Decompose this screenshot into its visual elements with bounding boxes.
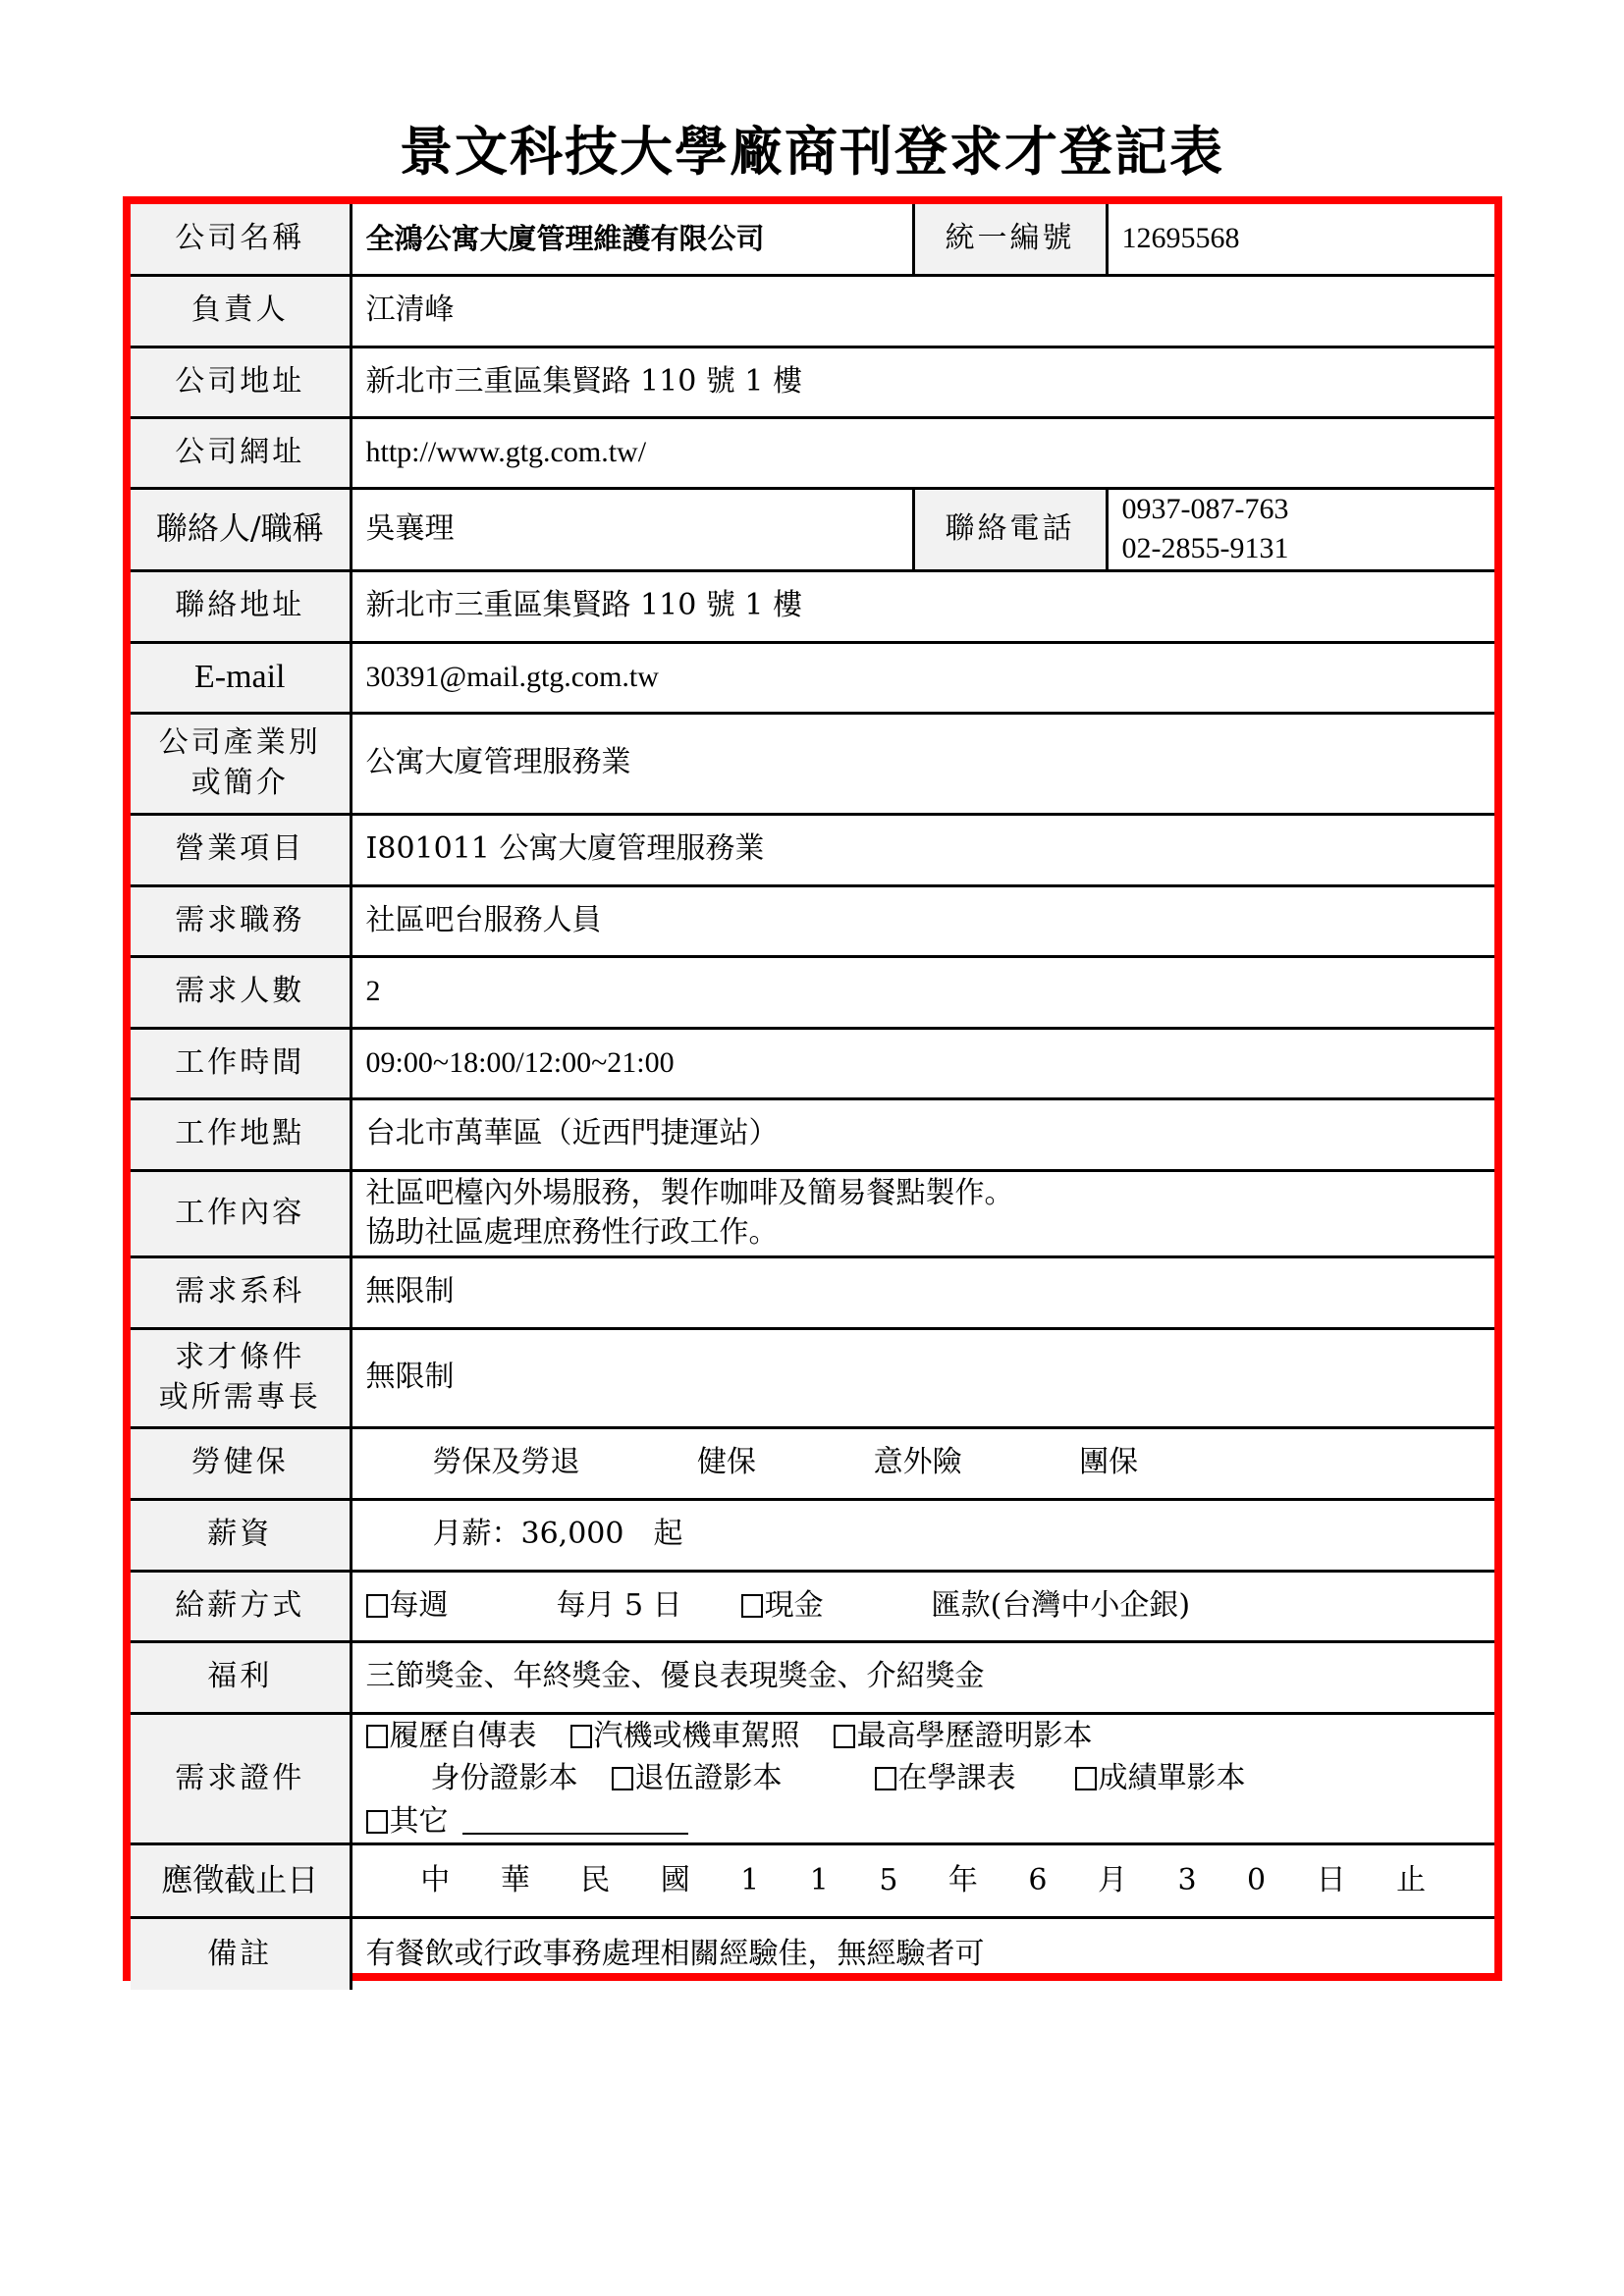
label-website: 公司網址: [131, 417, 351, 488]
form-frame: 公司名稱 全鴻公寓大廈管理維護有限公司 統一編號 12695568 負責人 江清…: [123, 196, 1502, 1981]
position-value: 社區吧台服務人員: [351, 885, 1494, 956]
doc-diploma: 最高學歷證明影本: [857, 1719, 1093, 1753]
row-email: E-mail 30391@mail.gtg.com.tw: [131, 642, 1494, 713]
label-company-name: 公司名稱: [131, 204, 351, 275]
checkbox-other[interactable]: [366, 1810, 388, 1834]
job-content-line1: 社區吧檯內外場服務，製作咖啡及簡易餐點製作。: [366, 1174, 1482, 1214]
label-owner: 負責人: [131, 275, 351, 347]
pay-cash: 現金: [765, 1588, 824, 1623]
company-address-value: 新北市三重區集賢路 110 號 1 樓: [351, 347, 1494, 417]
checkbox-diploma[interactable]: [834, 1725, 855, 1748]
label-email: E-mail: [131, 642, 351, 713]
doc-transcript: 成績單影本: [1099, 1761, 1246, 1795]
deadline-part: 止: [1396, 1861, 1426, 1901]
label-company-address: 公司地址: [131, 347, 351, 417]
row-headcount: 需求人數 2: [131, 956, 1494, 1028]
row-department: 需求系科 無限制: [131, 1256, 1494, 1328]
checkbox-weekly[interactable]: [366, 1594, 388, 1618]
work-location-value: 台北市萬華區（近西門捷運站）: [351, 1098, 1494, 1170]
phone-values: 0937-087-763 02-2855-9131: [1107, 488, 1494, 570]
website-value: http://www.gtg.com.tw/: [351, 417, 1494, 488]
checkbox-transcript[interactable]: [1075, 1767, 1097, 1790]
doc-other: 其它: [390, 1804, 449, 1839]
owner-value: 江清峰: [351, 275, 1494, 347]
row-benefits: 福利 三節獎金、年終獎金、優良表現獎金、介紹獎金: [131, 1641, 1494, 1713]
deadline-part: 3: [1177, 1861, 1196, 1901]
remarks-value: 有餐飲或行政事務處理相關經驗佳，無經驗者可: [351, 1918, 1494, 1990]
deadline-part: 1: [740, 1861, 759, 1901]
label-tax-id: 統一編號: [913, 204, 1107, 275]
insurance-health: 健保: [697, 1445, 756, 1479]
deadline-part: 中: [420, 1861, 450, 1901]
deadline-part: 民: [580, 1861, 610, 1901]
doc-discharge: 退伍證影本: [635, 1761, 783, 1795]
label-pay-method: 給薪方式: [131, 1571, 351, 1641]
headcount-value: 2: [351, 956, 1494, 1028]
row-position: 需求職務 社區吧台服務人員: [131, 885, 1494, 956]
label-headcount: 需求人數: [131, 956, 351, 1028]
label-deadline: 應徵截止日: [131, 1844, 351, 1918]
label-position: 需求職務: [131, 885, 351, 956]
row-contact: 聯絡人/職稱 吳襄理 聯絡電話 0937-087-763 02-2855-913…: [131, 488, 1494, 570]
deadline-parts: 中華民國115年6月30日止: [366, 1861, 1482, 1901]
phone-landline: 02-2855-9131: [1122, 529, 1482, 569]
checkbox-discharge[interactable]: [612, 1767, 633, 1790]
label-benefits: 福利: [131, 1641, 351, 1713]
label-industry-line2: 或簡介: [144, 764, 336, 804]
row-job-content: 工作內容 社區吧檯內外場服務，製作咖啡及簡易餐點製作。 協助社區處理庶務性行政工…: [131, 1170, 1494, 1256]
work-hours-value: 09:00~18:00/12:00~21:00: [351, 1028, 1494, 1098]
business-items-value: I801011 公寓大廈管理服務業: [351, 814, 1494, 885]
row-contact-address: 聯絡地址 新北市三重區集賢路 110 號 1 樓: [131, 570, 1494, 642]
documents-options: 履歷自傳表汽機或機車駕照最高學歷證明影本 身份證影本退伍證影本在學課表成績單影本…: [351, 1713, 1494, 1844]
row-remarks: 備註 有餐飲或行政事務處理相關經驗佳，無經驗者可: [131, 1918, 1494, 1990]
label-documents: 需求證件: [131, 1713, 351, 1844]
benefits-value: 三節獎金、年終獎金、優良表現獎金、介紹獎金: [351, 1641, 1494, 1713]
registration-form-table: 公司名稱 全鴻公寓大廈管理維護有限公司 統一編號 12695568 負責人 江清…: [131, 204, 1494, 1990]
row-salary: 薪資 月薪：36,000 起: [131, 1499, 1494, 1571]
salary-value: 月薪：36,000 起: [351, 1499, 1494, 1571]
deadline-part: 1: [810, 1861, 829, 1901]
form-title: 景文科技大學廠商刊登求才登記表: [0, 110, 1624, 186]
requirements-value: 無限制: [351, 1328, 1494, 1427]
deadline-value: 中華民國115年6月30日止: [351, 1844, 1494, 1918]
label-industry-line1: 公司產業別: [144, 723, 336, 764]
label-insurance: 勞健保: [131, 1427, 351, 1499]
row-company-address: 公司地址 新北市三重區集賢路 110 號 1 樓: [131, 347, 1494, 417]
department-value: 無限制: [351, 1256, 1494, 1328]
checkbox-license[interactable]: [570, 1725, 592, 1748]
label-requirements-line2: 或所需專長: [144, 1378, 336, 1418]
label-business-items: 營業項目: [131, 814, 351, 885]
phone-mobile: 0937-087-763: [1122, 490, 1482, 530]
row-documents: 需求證件 履歷自傳表汽機或機車駕照最高學歷證明影本 身份證影本退伍證影本在學課表…: [131, 1713, 1494, 1844]
label-work-location: 工作地點: [131, 1098, 351, 1170]
row-insurance: 勞健保 勞保及勞退 健保 意外險 團保: [131, 1427, 1494, 1499]
pay-weekly: 每週: [390, 1588, 449, 1623]
doc-id-card: 身份證影本: [431, 1761, 578, 1795]
doc-license: 汽機或機車駕照: [594, 1719, 800, 1753]
label-remarks: 備註: [131, 1918, 351, 1990]
label-phone: 聯絡電話: [913, 488, 1107, 570]
job-content-line2: 協助社區處理庶務性行政工作。: [366, 1213, 1482, 1254]
deadline-part: 0: [1247, 1861, 1266, 1901]
contact-value: 吳襄理: [351, 488, 913, 570]
deadline-part: 華: [501, 1861, 530, 1901]
deadline-part: 6: [1028, 1861, 1047, 1901]
label-industry: 公司產業別 或簡介: [131, 713, 351, 814]
insurance-accident: 意外險: [874, 1445, 962, 1479]
insurance-options: 勞保及勞退 健保 意外險 團保: [351, 1427, 1494, 1499]
checkbox-cash[interactable]: [741, 1594, 763, 1618]
row-business-items: 營業項目 I801011 公寓大廈管理服務業: [131, 814, 1494, 885]
deadline-part: 年: [948, 1861, 978, 1901]
row-work-location: 工作地點 台北市萬華區（近西門捷運站）: [131, 1098, 1494, 1170]
row-requirements: 求才條件 或所需專長 無限制: [131, 1328, 1494, 1427]
checkbox-resume[interactable]: [366, 1725, 388, 1748]
row-owner: 負責人 江清峰: [131, 275, 1494, 347]
insurance-group: 團保: [1079, 1445, 1138, 1479]
row-deadline: 應徵截止日 中華民國115年6月30日止: [131, 1844, 1494, 1918]
deadline-part: 國: [661, 1861, 690, 1901]
label-requirements-line1: 求才條件: [144, 1338, 336, 1378]
label-requirements: 求才條件 或所需專長: [131, 1328, 351, 1427]
deadline-part: 日: [1317, 1861, 1346, 1901]
row-pay-method: 給薪方式 每週每月 5 日現金匯款(台灣中小企銀): [131, 1571, 1494, 1641]
label-contact-address: 聯絡地址: [131, 570, 351, 642]
insurance-labor: 勞保及勞退: [433, 1445, 580, 1479]
pay-method-options: 每週每月 5 日現金匯款(台灣中小企銀): [351, 1571, 1494, 1641]
label-department: 需求系科: [131, 1256, 351, 1328]
deadline-part: 月: [1098, 1861, 1127, 1901]
label-contact: 聯絡人/職稱: [131, 488, 351, 570]
doc-resume: 履歷自傳表: [390, 1719, 537, 1753]
label-work-hours: 工作時間: [131, 1028, 351, 1098]
company-name-value: 全鴻公寓大廈管理維護有限公司: [351, 204, 913, 275]
doc-schedule: 在學課表: [898, 1761, 1016, 1795]
job-content-value: 社區吧檯內外場服務，製作咖啡及簡易餐點製作。 協助社區處理庶務性行政工作。: [351, 1170, 1494, 1256]
row-industry: 公司產業別 或簡介 公寓大廈管理服務業: [131, 713, 1494, 814]
contact-address-value: 新北市三重區集賢路 110 號 1 樓: [351, 570, 1494, 642]
deadline-part: 5: [879, 1861, 897, 1901]
label-job-content: 工作內容: [131, 1170, 351, 1256]
pay-transfer: 匯款(台灣中小企銀): [932, 1588, 1190, 1623]
row-website: 公司網址 http://www.gtg.com.tw/: [131, 417, 1494, 488]
checkbox-schedule[interactable]: [875, 1767, 896, 1790]
tax-id-value: 12695568: [1107, 204, 1494, 275]
pay-monthly-5th: 每月 5 日: [557, 1588, 682, 1623]
row-work-hours: 工作時間 09:00~18:00/12:00~21:00: [131, 1028, 1494, 1098]
label-salary: 薪資: [131, 1499, 351, 1571]
row-company-name: 公司名稱 全鴻公寓大廈管理維護有限公司 統一編號 12695568: [131, 204, 1494, 275]
email-value: 30391@mail.gtg.com.tw: [351, 642, 1494, 713]
industry-value: 公寓大廈管理服務業: [351, 713, 1494, 814]
other-blank-field[interactable]: [462, 1807, 688, 1835]
